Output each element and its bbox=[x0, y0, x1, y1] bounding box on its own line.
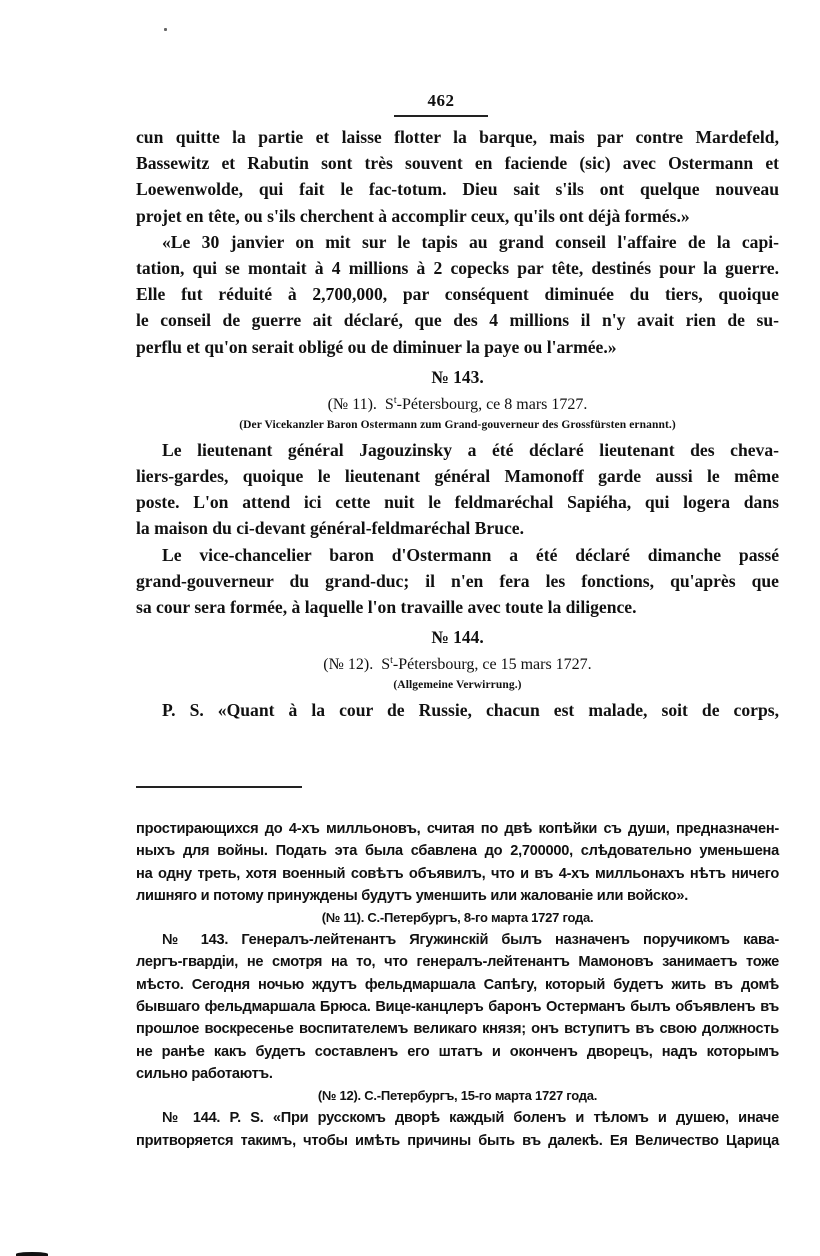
footnote-line: ныхъ для войны. Подать эта была сбавлена… bbox=[136, 840, 779, 862]
russian-footnote: простирающихся до 4-хъ милльоновъ, счита… bbox=[136, 818, 779, 1152]
text-line: le conseil de guerre ait déclaré, que de… bbox=[136, 307, 779, 333]
footnote-line: лергъ-гвардіи, не смотря на то, что гене… bbox=[136, 951, 779, 973]
text-line: cun quitte la partie et laisse flotter l… bbox=[136, 124, 779, 150]
footnote-line: бывшаго фельдмаршала Брюса. Вице-канцлер… bbox=[136, 996, 779, 1018]
dateline-number: (№ 12). bbox=[323, 656, 373, 673]
doc144-paragraph-1: P. S. «Quant à la cour de Russie, chacun… bbox=[136, 697, 779, 723]
dateline-143: (№ 11). St-Pétersbourg, ce 8 mars 1727. bbox=[136, 390, 779, 416]
summary-143: (Der Vicekanzler Baron Ostermann zum Gra… bbox=[136, 416, 779, 435]
scan-edge-mark bbox=[16, 1252, 48, 1256]
page-number: 462 bbox=[386, 91, 496, 111]
text-line: perflu et qu'on serait obligé ou de dimi… bbox=[136, 334, 779, 360]
capitation-paragraph: «Le 30 janvier on mit sur le tapis au gr… bbox=[136, 229, 779, 360]
footnote-line: на одну треть, хотя военный совѣтъ объяв… bbox=[136, 863, 779, 885]
footnote-line: не ранѣе какъ будетъ составленъ его штат… bbox=[136, 1041, 779, 1063]
text-line: poste. L'on attend ici cette nuit le fel… bbox=[136, 489, 779, 515]
header-rule bbox=[394, 115, 488, 117]
footnote-doc143: № 143. Генералъ-лейтенантъ Ягужинскій бы… bbox=[136, 929, 779, 1085]
footnote-doc144: № 144. P. S. «При русскомъ дворѣ каждый … bbox=[136, 1107, 779, 1152]
text-line: Le vice-chancelier baron d'Ostermann a é… bbox=[136, 542, 779, 568]
main-text: cun quitte la partie et laisse flotter l… bbox=[136, 124, 779, 723]
footnote-line: мѣсто. Сегодня ночью ждутъ фельдмаршала … bbox=[136, 974, 779, 996]
footnote-line: № 144. P. S. «При русскомъ дворѣ каждый … bbox=[136, 1107, 779, 1129]
scan-speck bbox=[164, 28, 167, 31]
text-line: sa cour sera formée, à laquelle l'on tra… bbox=[136, 594, 779, 620]
footnote-line: притворяется такимъ, чтобы имѣть причины… bbox=[136, 1130, 779, 1152]
dateline-place-prefix: S bbox=[381, 656, 390, 673]
dateline-rest: -Pétersbourg, ce 15 mars 1727. bbox=[393, 656, 592, 673]
doc143-paragraph-1: Le lieutenant général Jagouzinsky a été … bbox=[136, 437, 779, 542]
text-line: Loewenwolde, qui fait le fac-totum. Dieu… bbox=[136, 176, 779, 202]
text-line: projet en tête, ou s'ils cherchent à acc… bbox=[136, 203, 779, 229]
dateline-place-prefix: S bbox=[385, 396, 394, 413]
continuation-paragraph: cun quitte la partie et laisse flotter l… bbox=[136, 124, 779, 229]
summary-144: (Allgemeine Verwirrung.) bbox=[136, 676, 779, 695]
text-line: Elle fut réduité à 2,700,000, par conséq… bbox=[136, 281, 779, 307]
footnote-line: сильно работаютъ. bbox=[136, 1063, 779, 1085]
dateline-number: (№ 11). bbox=[328, 396, 377, 413]
text-line: tation, qui se montait à 4 millions à 2 … bbox=[136, 255, 779, 281]
footnote-dateline-11: (№ 11). С.-Петербургъ, 8-го марта 1727 г… bbox=[136, 907, 779, 929]
dateline-rest: -Pétersbourg, ce 8 mars 1727. bbox=[397, 396, 588, 413]
text-line: Le lieutenant général Jagouzinsky a été … bbox=[136, 437, 779, 463]
footnote-separator bbox=[136, 786, 302, 788]
footnote-line: № 143. Генералъ-лейтенантъ Ягужинскій бы… bbox=[136, 929, 779, 951]
text-line: «Le 30 janvier on mit sur le tapis au gr… bbox=[136, 229, 779, 255]
footnote-line: лишняго и потому принуждены будутъ уменш… bbox=[136, 885, 779, 907]
text-line: grand-gouverneur du grand-duc; il n'en f… bbox=[136, 568, 779, 594]
text-line: P. S. «Quant à la cour de Russie, chacun… bbox=[136, 697, 779, 723]
footnote-line: прошлое воскресенье воспитателемъ велика… bbox=[136, 1018, 779, 1040]
text-line: la maison du ci-devant général-feldmaréc… bbox=[136, 515, 779, 541]
footnote-line: простирающихся до 4-хъ милльоновъ, счита… bbox=[136, 818, 779, 840]
dateline-144: (№ 12). St-Pétersbourg, ce 15 mars 1727. bbox=[136, 650, 779, 676]
document-heading-144: № 144. bbox=[136, 624, 779, 650]
document-heading-143: № 143. bbox=[136, 364, 779, 390]
footnote-capitation: простирающихся до 4-хъ милльоновъ, счита… bbox=[136, 818, 779, 907]
text-line: liers-gardes, quoique le lieutenant géné… bbox=[136, 463, 779, 489]
text-line: Bassewitz et Rabutin sont très souvent e… bbox=[136, 150, 779, 176]
footnote-dateline-12: (№ 12). С.-Петербургъ, 15-го марта 1727 … bbox=[136, 1085, 779, 1107]
doc143-paragraph-2: Le vice-chancelier baron d'Ostermann a é… bbox=[136, 542, 779, 621]
page-header: 462 bbox=[386, 91, 496, 117]
